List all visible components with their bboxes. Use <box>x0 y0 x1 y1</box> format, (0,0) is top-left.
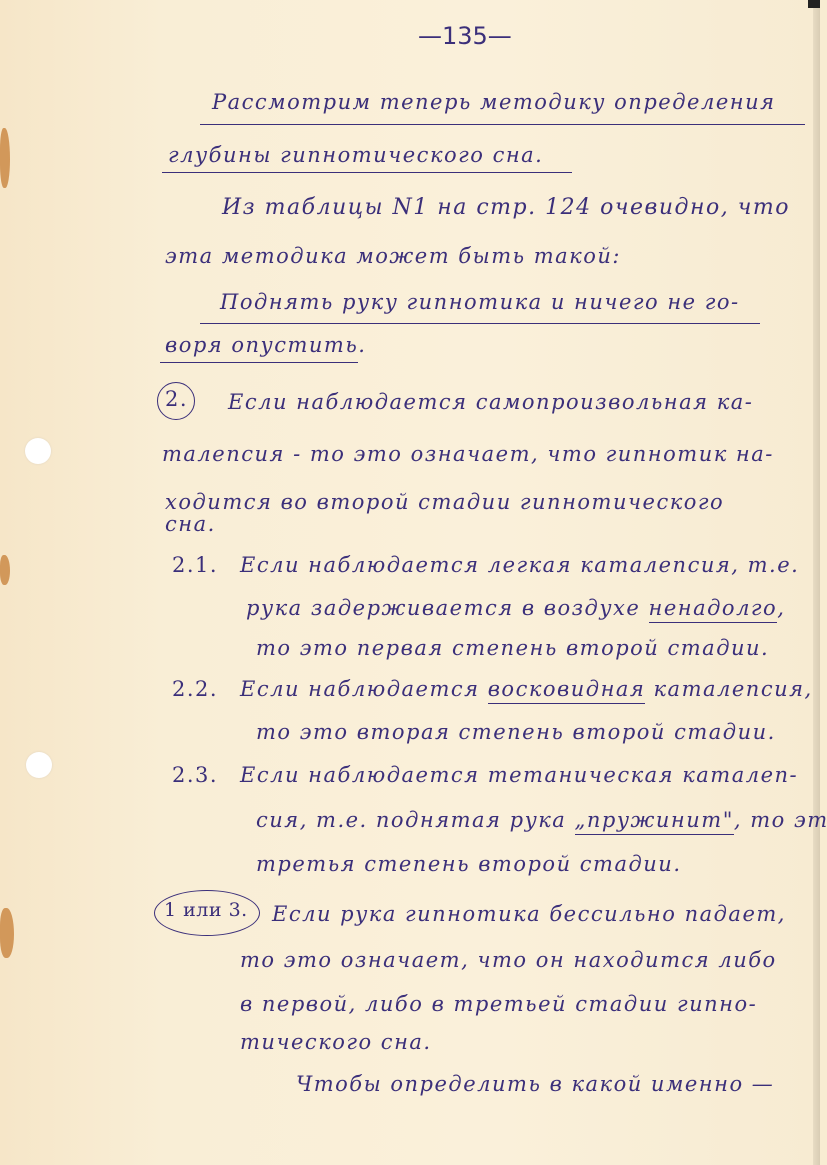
text-line: тического сна. <box>240 1030 432 1054</box>
text-line: талепсия - то это означает, что гипнотик… <box>162 442 774 466</box>
stain-mark <box>0 908 14 958</box>
stain-mark <box>0 555 10 585</box>
text-line: Если наблюдается легкая каталепсия, т.е. <box>240 553 799 577</box>
instruction-line-1: Поднять руку гипнотика и ничего не го- <box>220 290 740 314</box>
text-line: третья степень второй стадии. <box>256 852 682 876</box>
text-span: сия, т.е. поднятая рука <box>256 808 575 832</box>
marker-label: 1 или 3. <box>164 899 248 921</box>
text-span: , то это <box>734 808 827 832</box>
punch-hole <box>25 438 51 464</box>
heading-line-2: глубины гипнотического сна. <box>168 143 543 167</box>
underline <box>200 323 760 324</box>
underlined-word: восковидная <box>488 677 646 704</box>
text-line: Если наблюдается тетаническая каталеп- <box>240 763 798 787</box>
text-span: рука задерживается в воздухе <box>246 596 649 620</box>
text-line: Чтобы определить в какой именно — <box>296 1072 774 1096</box>
page-number: —135— <box>418 22 512 50</box>
text-line: рука задерживается в воздухе ненадолго, <box>246 596 785 620</box>
text-line: Если рука гипнотика бессильно падает, <box>272 902 786 926</box>
text-line: сна. <box>165 512 216 536</box>
item-number: 2.3. <box>172 763 218 787</box>
page-edge <box>813 0 820 1165</box>
text-line: в первой, либо в третьей стадии гипно- <box>240 992 757 1016</box>
punch-hole <box>26 752 52 778</box>
text-line: Если наблюдается самопроизвольная ка- <box>228 390 753 414</box>
text-line: то это первая степень второй стадии. <box>256 636 769 660</box>
underlined-word: „пружинит" <box>575 808 734 835</box>
text-line: эта методика может быть такой: <box>165 244 621 268</box>
text-line: Если наблюдается восковидная каталепсия, <box>240 677 813 701</box>
marker-label: 2. <box>165 387 188 411</box>
text-line: то это вторая степень второй стадии. <box>256 720 776 744</box>
text-span: Если наблюдается <box>240 677 488 701</box>
text-span: каталепсия, <box>645 677 812 701</box>
text-line: ходится во второй стадии гипнотического <box>165 490 724 514</box>
instruction-line-2: воря опустить. <box>165 333 366 357</box>
item-number: 2.1. <box>172 553 218 577</box>
underline <box>162 172 572 173</box>
underlined-word: ненадолго <box>649 596 778 623</box>
heading-line-1: Рассмотрим теперь методику определения <box>212 90 776 114</box>
text-line: Из таблицы N1 на стр. 124 очевидно, что <box>222 195 790 220</box>
text-span: , <box>777 596 785 620</box>
underline <box>200 124 805 125</box>
manuscript-page: —135— Рассмотрим теперь методику определ… <box>0 0 820 1165</box>
text-line: то это означает, что он находится либо <box>240 948 777 972</box>
item-number: 2.2. <box>172 677 218 701</box>
underline <box>160 362 358 363</box>
stain-mark <box>0 128 10 188</box>
text-line: сия, т.е. поднятая рука „пружинит", то э… <box>256 808 827 832</box>
scan-corner <box>808 0 820 8</box>
